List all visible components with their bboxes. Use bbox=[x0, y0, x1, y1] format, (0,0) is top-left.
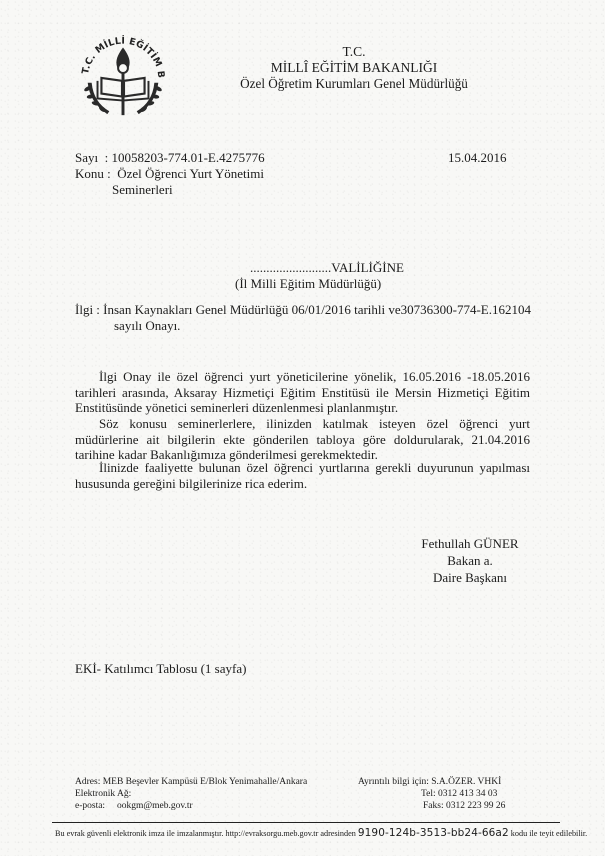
konu-label: Konu : bbox=[75, 166, 111, 181]
body-paragraph: İlinizde faaliyette bulunan özel öğrenci… bbox=[75, 460, 530, 491]
reference-number: Sayı : 10058203-774.01-E.4275776 bbox=[75, 150, 265, 166]
konu-line2: Seminerleri bbox=[112, 182, 173, 198]
footer-address: Adres: MEB Beşevler Kampüsü E/Blok Yenim… bbox=[75, 776, 307, 788]
konu-line1: Özel Öğrenci Yurt Yönetimi bbox=[117, 166, 264, 181]
sayi-label: Sayı bbox=[75, 150, 98, 165]
ministry-emblem-icon: T.C. MİLLİ EĞİTİM BAKANLIĞI bbox=[74, 24, 172, 122]
body-paragraph: Söz konusu seminerlerlere, ilinizden kat… bbox=[75, 416, 530, 463]
signatory-name: Fethullah GÜNER bbox=[400, 535, 540, 552]
footer-contact-info: Ayrıntılı bilgi için: S.A.ÖZER. VHKİ bbox=[358, 776, 501, 788]
signatory-position: Daire Başkanı bbox=[400, 569, 540, 586]
header-state: T.C. bbox=[226, 44, 482, 60]
footer-fax: Faks: 0312 223 99 26 bbox=[423, 800, 505, 812]
footer-divider bbox=[52, 822, 560, 823]
subject: Konu : Özel Öğrenci Yurt Yönetimi bbox=[75, 166, 264, 182]
verification-text: Bu evrak güvenli elektronik imza ile imz… bbox=[55, 829, 358, 838]
signature-block: Fethullah GÜNER Bakan a. Daire Başkanı bbox=[400, 535, 540, 586]
addressee-sub: (İl Milli Eğitim Müdürlüğü) bbox=[235, 276, 381, 292]
footer-network: Elektronik Ağ: bbox=[75, 788, 131, 800]
header-department: Özel Öğretim Kurumları Genel Müdürlüğü bbox=[226, 76, 482, 92]
ilgi-reference-cont: sayılı Onayı. bbox=[114, 318, 180, 334]
document-date: 15.04.2016 bbox=[448, 150, 507, 166]
body-paragraph: İlgi Onay ile özel öğrenci yurt yönetici… bbox=[75, 369, 530, 416]
footer-email-label: e-posta: bbox=[75, 800, 105, 812]
signatory-title: Bakan a. bbox=[400, 552, 540, 569]
verification-text-end: kodu ile teyit edilebilir. bbox=[509, 829, 587, 838]
header-ministry: MİLLÎ EĞİTİM BAKANLIĞI bbox=[226, 60, 482, 76]
verification-note: Bu evrak güvenli elektronik imza ile imz… bbox=[55, 828, 587, 839]
document-page: T.C. MİLLİ EĞİTİM BAKANLIĞI bbox=[0, 0, 605, 856]
verification-code: 9190-124b-3513-bb24-66a2 bbox=[358, 827, 509, 839]
sayi-value: : 10058203-774.01-E.4275776 bbox=[105, 150, 265, 165]
attachment-note: EKİ- Katılımcı Tablosu (1 sayfa) bbox=[75, 661, 246, 677]
addressee: .........................VALİLİĞİNE bbox=[250, 260, 404, 276]
footer-phone: Tel: 0312 413 34 03 bbox=[421, 788, 497, 800]
ilgi-reference: İlgi : İnsan Kaynakları Genel Müdürlüğü … bbox=[75, 302, 531, 318]
footer-email[interactable]: ookgm@meb.gov.tr bbox=[117, 800, 193, 812]
